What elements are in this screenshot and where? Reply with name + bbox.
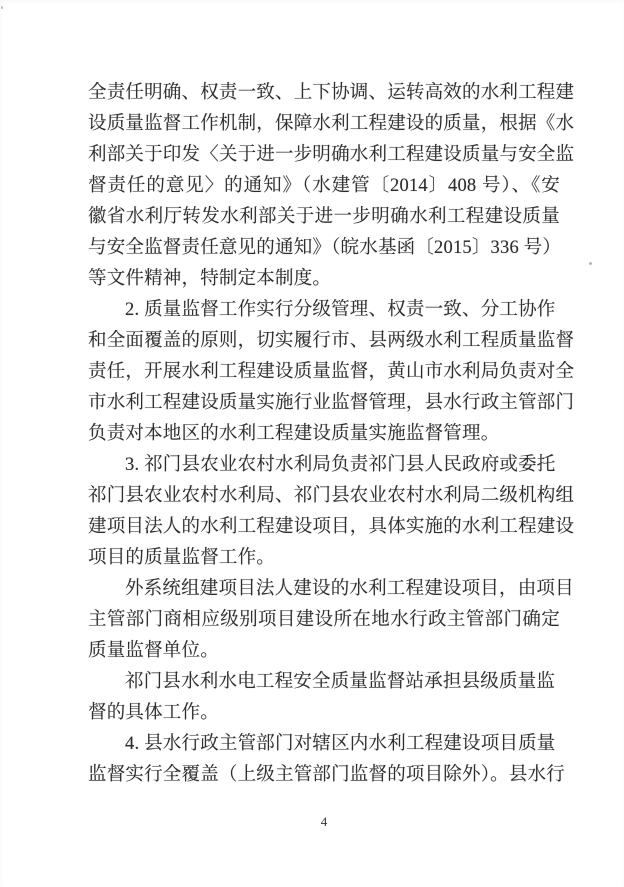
document-page: 全责任明确、权责一致、上下协调、运转高效的水利工程建 设质量监督工作机制，保障水…: [0, 0, 624, 887]
text-line: 徽省水利厅转发水利部关于进一步明确水利工程建设质量: [88, 202, 560, 233]
text-line: 祁门县农业农村水利局、祁门县农业农村水利局二级机构组: [88, 481, 560, 512]
text-line: 责任，开展水利工程建设质量监督，黄山市水利局负责对全: [88, 357, 560, 388]
text-line: 利部关于印发〈关于进一步明确水利工程建设质量与安全监: [88, 140, 560, 171]
text-line: 等文件精神，特制定本制度。: [88, 264, 560, 295]
text-line: 3. 祁门县农业农村水利局负责祁门县人民政府或委托: [88, 450, 560, 481]
text-line: 建项目法人的水利工程建设项目，具体实施的水利工程建设: [88, 512, 560, 543]
scan-speck: [1, 6, 3, 9]
text-line: 质量监督单位。: [88, 636, 560, 667]
document-body: 全责任明确、权责一致、上下协调、运转高效的水利工程建 设质量监督工作机制，保障水…: [88, 78, 560, 791]
text-line: 2. 质量监督工作实行分级管理、权责一致、分工协作: [88, 295, 560, 326]
text-line: 督的具体工作。: [88, 698, 560, 729]
page-number: 4: [88, 813, 560, 831]
text-line: 外系统组建项目法人建设的水利工程建设项目，由项目: [88, 574, 560, 605]
text-line: 市水利工程建设质量实施行业监督管理，县水行政主管部门: [88, 388, 560, 419]
text-line: 和全面覆盖的原则，切实履行市、县两级水利工程质量监督: [88, 326, 560, 357]
text-line: 监督实行全覆盖（上级主管部门监督的项目除外）。县水行: [88, 760, 560, 791]
text-line: 全责任明确、权责一致、上下协调、运转高效的水利工程建: [88, 78, 560, 109]
text-line: 设质量监督工作机制，保障水利工程建设的质量，根据《水: [88, 109, 560, 140]
text-line: 督责任的意见〉的通知》（水建管〔2014〕408 号）、《安: [88, 171, 560, 202]
text-line: 与安全监督责任意见的通知》（皖水基函〔2015〕336 号）: [88, 233, 560, 264]
scan-speck: [589, 262, 592, 265]
text-line: 4. 县水行政主管部门对辖区内水利工程建设项目质量: [88, 729, 560, 760]
text-line: 负责对本地区的水利工程建设质量实施监督管理。: [88, 419, 560, 450]
text-line: 主管部门商相应级别项目建设所在地水行政主管部门确定: [88, 605, 560, 636]
text-line: 祁门县水利水电工程安全质量监督站承担县级质量监: [88, 667, 560, 698]
text-line: 项目的质量监督工作。: [88, 543, 560, 574]
